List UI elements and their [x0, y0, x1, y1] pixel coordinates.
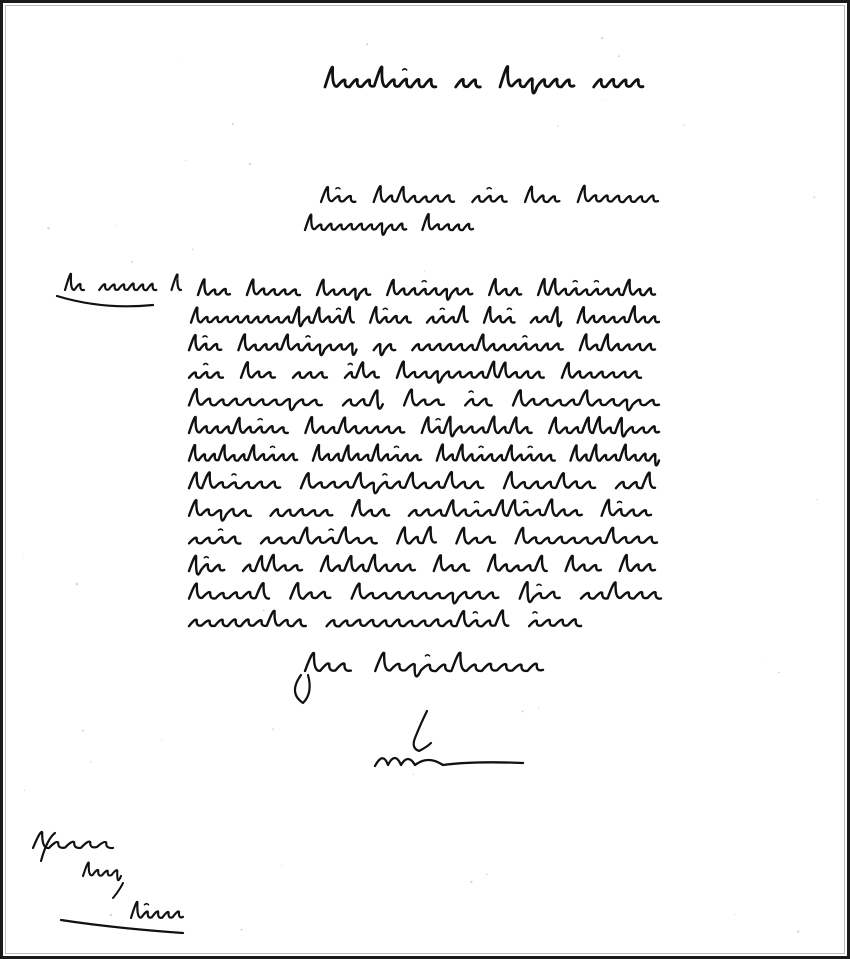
scan-speck	[177, 278, 179, 280]
scan-speck	[813, 196, 815, 198]
handwritten-word	[189, 335, 221, 350]
reference-underline	[57, 296, 153, 306]
handwritten-word	[198, 279, 230, 295]
scan-speck	[272, 728, 274, 730]
scan-speck	[484, 193, 485, 194]
handwritten-word	[500, 66, 574, 93]
handwritten-word	[352, 500, 389, 516]
diacritic-stroke	[479, 446, 483, 447]
scan-speck	[47, 227, 49, 229]
handwritten-word	[241, 362, 275, 378]
signature-loop	[414, 711, 431, 751]
diacritic-stroke	[422, 281, 426, 282]
scan-speck	[373, 380, 374, 381]
handwritten-word	[313, 444, 421, 460]
diacritic-stroke	[594, 281, 598, 282]
scan-speck	[185, 160, 186, 161]
diacritic-stroke	[204, 557, 208, 558]
handwritten-word	[580, 334, 655, 350]
diacritic-stroke	[395, 446, 399, 447]
handwritten-word	[290, 583, 330, 599]
diacritic-stroke	[383, 474, 387, 475]
handwritten-word	[578, 306, 659, 322]
scan-speck	[764, 662, 765, 663]
diacritic-stroke	[306, 336, 310, 337]
handwritten-word	[99, 283, 156, 290]
scan-speck	[797, 931, 799, 933]
note-underline	[61, 920, 183, 933]
handwritten-word	[513, 390, 659, 410]
scan-speck	[131, 261, 133, 263]
handwritten-word	[33, 832, 113, 848]
diacritic-stroke	[426, 655, 430, 656]
diacritic-stroke	[507, 308, 511, 309]
handwritten-word	[370, 307, 411, 323]
handwritten-word	[409, 499, 582, 515]
handwritten-word	[456, 79, 481, 87]
scan-speck	[82, 730, 84, 732]
handwritten-word	[516, 528, 657, 544]
diacritic-stroke	[537, 584, 541, 585]
diacritic-stroke	[573, 281, 577, 282]
handwritten-word	[321, 555, 415, 571]
scan-speck	[486, 874, 488, 876]
scan-speck	[557, 125, 558, 126]
handwritten-word	[578, 186, 658, 202]
scan-speck	[413, 774, 414, 775]
scan-speck	[263, 610, 265, 612]
scan-speck	[23, 557, 24, 558]
handwritten-word	[456, 528, 495, 544]
handwritten-word	[83, 863, 121, 881]
handwritten-word	[189, 372, 223, 378]
handwritten-word	[484, 307, 515, 323]
handwritten-word	[602, 500, 651, 516]
handwritten-word	[247, 280, 300, 295]
handwritten-word	[65, 274, 84, 290]
scan-speck	[470, 881, 472, 883]
handwritten-word	[345, 362, 379, 377]
signature-stroke	[375, 758, 523, 766]
handwritten-word	[172, 274, 182, 290]
handwritten-word	[397, 527, 436, 543]
scan-speck	[249, 163, 251, 165]
diacritic-stroke	[258, 419, 262, 420]
handwritten-word	[566, 556, 601, 571]
handwritten-word	[404, 390, 444, 406]
handwritten-word	[397, 362, 544, 383]
handwritten-word	[189, 537, 240, 544]
handwritten-word	[529, 619, 581, 626]
handwritten-word	[189, 556, 224, 575]
handwritten-word	[531, 307, 562, 326]
diacritic-stroke	[219, 529, 223, 530]
handwritten-word	[305, 417, 404, 433]
scan-speck	[24, 790, 25, 791]
handwritten-word	[488, 555, 547, 571]
diacritic-stroke	[403, 69, 407, 70]
diacritic-stroke	[436, 419, 440, 420]
scan-speck	[110, 914, 112, 916]
handwritten-word	[422, 214, 473, 230]
handwritten-word	[261, 527, 377, 543]
diacritic-stroke	[336, 188, 340, 189]
diacritic-stroke	[348, 364, 352, 365]
diacritic-stroke	[204, 364, 208, 365]
handwritten-word	[325, 67, 436, 87]
handwritten-word	[191, 307, 354, 326]
handwritten-word	[305, 653, 351, 671]
scan-speck	[522, 710, 524, 712]
handwritten-word	[343, 390, 383, 408]
scan-speck	[817, 499, 818, 500]
diacritic-stroke	[337, 308, 341, 309]
diacritic-stroke	[528, 446, 532, 447]
handwriting-layer	[3, 3, 850, 959]
handwritten-word	[504, 472, 595, 488]
handwritten-word	[189, 445, 297, 461]
scan-speck	[232, 123, 234, 125]
handwritten-word	[571, 445, 660, 466]
diacritic-stroke	[383, 308, 387, 309]
handwritten-word	[374, 186, 454, 202]
handwritten-word	[375, 653, 543, 677]
handwritten-word	[489, 279, 521, 295]
handwritten-word	[305, 215, 406, 235]
handwritten-word	[427, 306, 468, 322]
handwritten-word	[327, 610, 509, 626]
scan-speck	[538, 707, 539, 708]
handwritten-word	[352, 584, 499, 604]
diacritic-stroke	[523, 336, 527, 337]
diacritic-stroke	[271, 446, 275, 447]
handwritten-word	[581, 582, 661, 598]
handwritten-word	[189, 417, 288, 433]
handwritten-word	[374, 344, 396, 355]
diacritic-stroke	[469, 391, 473, 392]
handwritten-word	[189, 500, 251, 520]
diacritic-stroke	[533, 612, 537, 613]
handwritten-word	[472, 196, 506, 202]
diacritic-stroke	[203, 336, 207, 337]
handwritten-word	[434, 555, 469, 571]
handwritten-word	[321, 187, 355, 202]
diacritic-stroke	[618, 502, 622, 503]
handwritten-word	[189, 583, 269, 598]
handwritten-word	[301, 472, 483, 493]
scan-speck	[618, 55, 620, 57]
scan-speck	[281, 865, 282, 866]
scan-speck	[76, 583, 78, 585]
scan-speck	[735, 914, 736, 915]
scan-speck	[684, 124, 685, 125]
scan-speck	[161, 740, 162, 741]
scan-speck	[602, 99, 603, 100]
scan-speck	[241, 929, 243, 931]
handwritten-word	[412, 335, 562, 351]
scan-speck	[366, 43, 368, 45]
handwritten-word	[293, 372, 327, 378]
handwritten-word	[131, 902, 183, 918]
handwritten-word	[562, 363, 641, 378]
diacritic-stroke	[474, 502, 478, 503]
diacritic-stroke	[473, 612, 477, 613]
scan-speck	[180, 57, 181, 58]
diacritic-stroke	[487, 188, 491, 189]
scan-speck	[778, 672, 780, 674]
diacritic-stroke	[524, 502, 528, 503]
handwritten-word	[594, 79, 643, 87]
handwritten-word	[238, 334, 356, 355]
handwritten-word	[616, 473, 655, 489]
handwritten-word	[189, 611, 306, 626]
handwritten-word	[437, 444, 555, 460]
diacritic-stroke	[440, 308, 444, 309]
document-page: Mannheim, 1. August 1888 Die Fahrten mit…	[0, 0, 850, 959]
diacritic-stroke	[232, 474, 236, 475]
scan-speck	[601, 37, 603, 39]
handwritten-word	[549, 417, 659, 436]
note-stroke	[113, 883, 123, 898]
scan-speck	[116, 225, 117, 226]
handwritten-word	[620, 555, 655, 571]
handwritten-word	[271, 509, 333, 516]
handwritten-word	[465, 399, 492, 406]
diacritic-stroke	[145, 904, 149, 905]
handwritten-word	[243, 555, 302, 571]
diacritic-stroke	[329, 529, 333, 530]
scan-speck	[424, 271, 425, 272]
handwritten-word	[189, 389, 322, 410]
scan-speck	[192, 249, 194, 251]
closing-flourish	[295, 675, 310, 703]
handwritten-word	[317, 280, 370, 300]
handwritten-word	[387, 280, 472, 300]
scan-speck	[90, 761, 91, 762]
handwritten-word	[525, 187, 559, 202]
